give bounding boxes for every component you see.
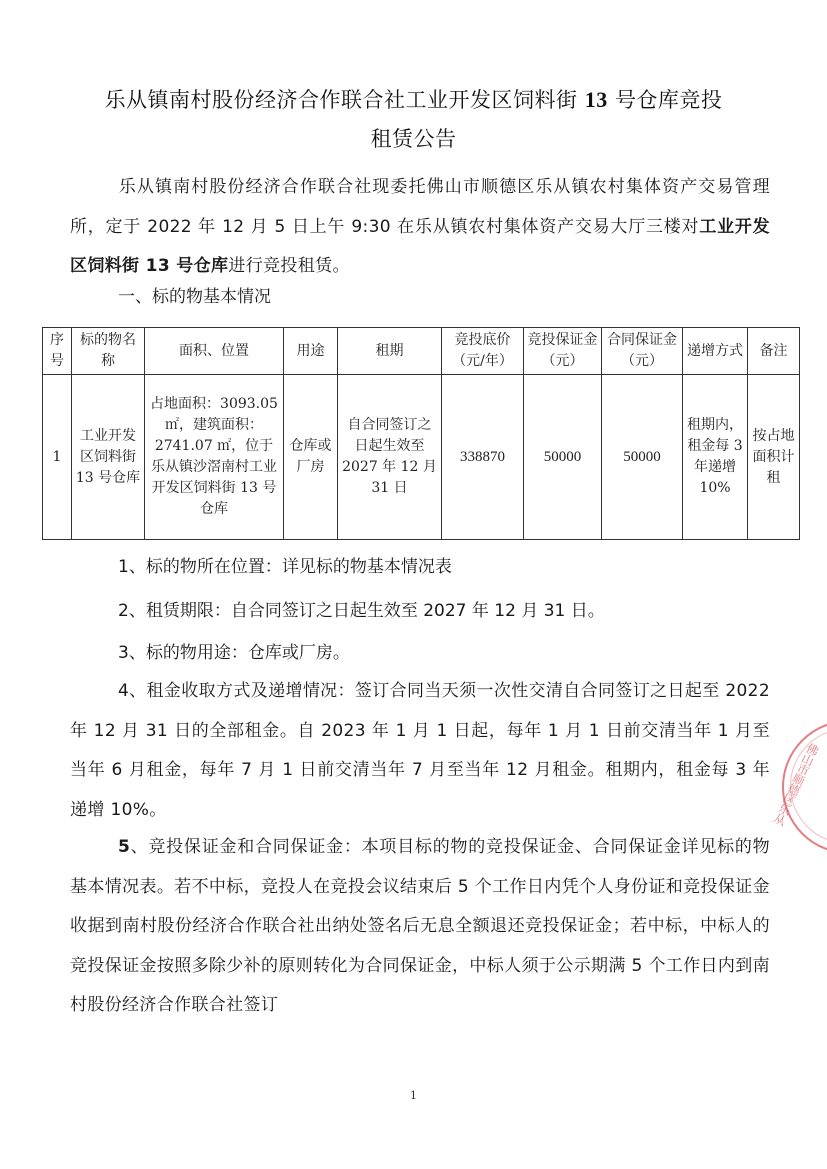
cell-contract-deposit: 50000 bbox=[602, 375, 683, 540]
cell-index: 1 bbox=[43, 375, 72, 540]
official-seal-stamp: 佛山市顺德区乐从 bbox=[782, 720, 827, 854]
col-header: 租期 bbox=[338, 328, 442, 375]
item5-text: 、竞投保证金和合同保证金：本项目标的物的竞投保证金、合同保证金详见标的物基本情况… bbox=[70, 837, 770, 1015]
cell-name: 工业开发区饲料街 13 号仓库 bbox=[72, 375, 145, 540]
property-table: 序号 标的物名称 面积、位置 用途 租期 竞投底价（元/年） 竞投保证金（元） … bbox=[42, 327, 800, 540]
col-header: 用途 bbox=[284, 328, 338, 375]
col-header: 备注 bbox=[748, 328, 800, 375]
title-text: 乐从镇南村股份经济合作联合社工业开发区饲料街 bbox=[105, 88, 578, 112]
intro-text: 进行竞投租赁。 bbox=[228, 256, 349, 276]
col-header: 竞投底价（元/年） bbox=[442, 328, 524, 375]
page-number: 1 bbox=[0, 1089, 827, 1102]
document-title-line2: 租赁公告 bbox=[0, 123, 827, 153]
section-heading: 一、标的物基本情况 bbox=[118, 282, 271, 307]
title-text: 号仓库竞投 bbox=[615, 88, 723, 112]
col-header: 标的物名称 bbox=[72, 328, 145, 375]
cell-increase-method: 租期内，租金每 3 年递增 10% bbox=[683, 375, 748, 540]
col-header: 合同保证金（元） bbox=[602, 328, 683, 375]
title-number: 13 bbox=[585, 87, 608, 112]
list-item: 2、租赁期限：自合同签订之日起生效至 2027 年 12 月 31 日。 bbox=[118, 596, 605, 621]
cell-remark: 按占地面积计租 bbox=[748, 375, 800, 540]
item5-number: 5 bbox=[118, 837, 130, 857]
item4-text: 4、租金收取方式及递增情况：签订合同当天须一次性交清自合同签订之日起至 2022… bbox=[70, 681, 770, 820]
col-header: 序号 bbox=[43, 328, 72, 375]
list-item: 1、标的物所在位置：详见标的物基本情况表 bbox=[118, 552, 452, 577]
table-row: 1 工业开发区饲料街 13 号仓库 占地面积：3093.05 ㎡，建筑面积：27… bbox=[43, 375, 800, 540]
cell-area-location: 占地面积：3093.05 ㎡，建筑面积：2741.07 ㎡，位于乐从镇沙滘南村工… bbox=[145, 375, 284, 540]
cell-bid-deposit: 50000 bbox=[524, 375, 602, 540]
cell-usage: 仓库或厂房 bbox=[284, 375, 338, 540]
intro-text: 乐从镇南村股份经济合作联合社现委托佛山市顺德区乐从镇农村集体资产交易管理所，定于… bbox=[70, 177, 770, 237]
col-header: 面积、位置 bbox=[145, 328, 284, 375]
table-header-row: 序号 标的物名称 面积、位置 用途 租期 竞投底价（元/年） 竞投保证金（元） … bbox=[43, 328, 800, 375]
cell-reserve-price: 338870 bbox=[442, 375, 524, 540]
col-header: 竞投保证金（元） bbox=[524, 328, 602, 375]
col-header: 递增方式 bbox=[683, 328, 748, 375]
cell-term: 自合同签订之日起生效至 2027 年 12 月 31 日 bbox=[338, 375, 442, 540]
document-title-line1: 乐从镇南村股份经济合作联合社工业开发区饲料街 13 号仓库竞投 bbox=[0, 84, 827, 114]
item4-paragraph: 4、租金收取方式及递增情况：签订合同当天须一次性交清自合同签订之日起至 2022… bbox=[70, 672, 770, 830]
intro-paragraph: 乐从镇南村股份经济合作联合社现委托佛山市顺德区乐从镇农村集体资产交易管理所，定于… bbox=[70, 168, 770, 287]
item5-paragraph: 5、竞投保证金和合同保证金：本项目标的物的竞投保证金、合同保证金详见标的物基本情… bbox=[70, 828, 770, 1026]
list-item: 3、标的物用途：仓库或厂房。 bbox=[118, 638, 350, 663]
